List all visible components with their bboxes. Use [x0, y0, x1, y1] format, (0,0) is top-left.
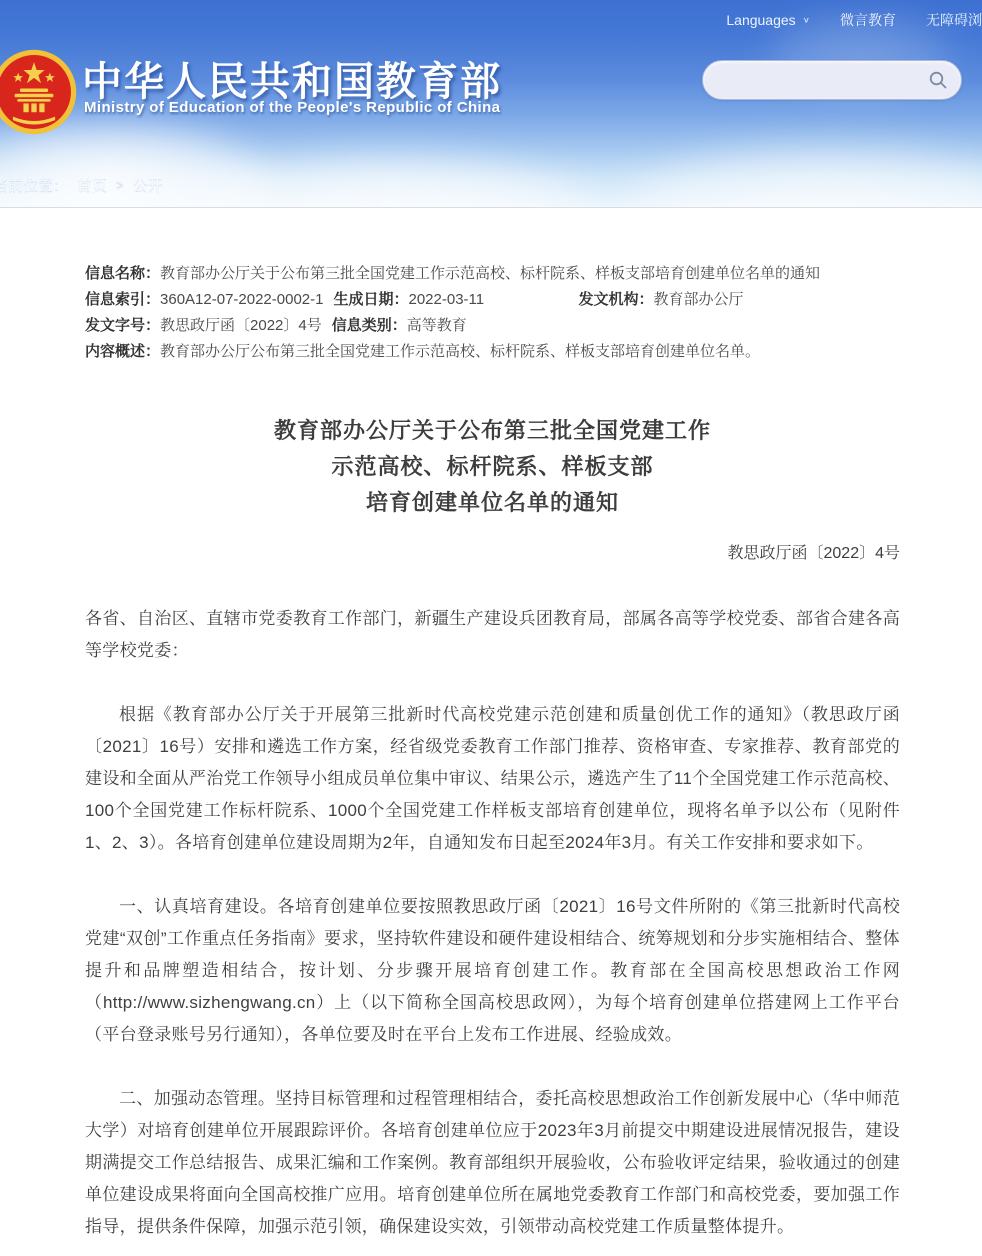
document-number: 教思政厅函〔2022〕4号: [85, 541, 900, 567]
meta-row-summary: 内容概述： 教育部办公厅公布第三批全国党建工作示范高校、标杆院系、样板支部培育创…: [85, 339, 900, 365]
meta-row-docno: 发文字号： 教思政厅函〔2022〕4号 信息类别： 高等教育: [85, 313, 900, 339]
search-button[interactable]: [925, 67, 951, 93]
site-header: Languages ∨ 微言教育 无障碍浏览 中华人民共和国教育部 Minist…: [0, 0, 982, 208]
breadcrumb-section-link[interactable]: 公开: [133, 174, 163, 195]
cloud-decoration: [620, 140, 982, 208]
topbar: Languages ∨ 微言教育 无障碍浏览: [726, 10, 982, 30]
meta-row-index: 信息索引： 360A12-07-2022-0002-1 生成日期： 2022-0…: [85, 287, 900, 313]
document-title: 教育部办公厅关于公布第三批全国党建工作 示范高校、标杆院系、样板支部 培育创建单…: [85, 413, 900, 521]
meta-row-name: 信息名称： 教育部办公厅关于公布第三批全国党建工作示范高校、标杆院系、样板支部培…: [85, 261, 900, 287]
search-icon: [928, 70, 948, 90]
meta-summary-value: 教育部办公厅公布第三批全国党建工作示范高校、标杆院系、样板支部培育创建单位名单。: [160, 339, 760, 365]
chevron-down-icon: ∨: [803, 16, 810, 25]
document-paragraph: 二、加强动态管理。坚持目标管理和过程管理相结合，委托高校思想政治工作创新发展中心…: [85, 1083, 900, 1243]
topbar-link-weiyan[interactable]: 微言教育: [840, 10, 896, 30]
meta-index-label: 信息索引：: [85, 287, 160, 313]
meta-date-label: 生成日期：: [333, 287, 408, 313]
national-emblem-icon: [0, 46, 78, 138]
meta-name-label: 信息名称：: [85, 261, 160, 287]
meta-agency-value: 教育部办公厅: [654, 287, 744, 313]
topbar-link-accessibility[interactable]: 无障碍浏览: [926, 10, 982, 30]
meta-index-value: 360A12-07-2022-0002-1: [160, 287, 323, 313]
meta-date-value: 2022-03-11: [409, 287, 485, 313]
meta-agency-label: 发文机构：: [578, 287, 653, 313]
breadcrumb-label: 当前位置：: [0, 174, 68, 195]
document-paragraph: 根据《教育部办公厅关于开展第三批新时代高校党建示范创建和质量创优工作的通知》（教…: [85, 699, 900, 859]
meta-name-value: 教育部办公厅关于公布第三批全国党建工作示范高校、标杆院系、样板支部培育创建单位名…: [160, 261, 820, 287]
document-title-line: 教育部办公厅关于公布第三批全国党建工作: [85, 413, 900, 449]
breadcrumb: 当前位置： 首页 > 公开: [0, 174, 163, 195]
document-title-line: 培育创建单位名单的通知: [85, 485, 900, 521]
breadcrumb-separator: >: [116, 177, 124, 192]
search-input[interactable]: [719, 61, 925, 99]
breadcrumb-home-link[interactable]: 首页: [77, 174, 107, 195]
meta-category-label: 信息类别：: [332, 313, 407, 339]
document-paragraph: 一、认真培育建设。各培育创建单位要按照教思政厅函〔2021〕16号文件所附的《第…: [85, 891, 900, 1051]
meta-category-value: 高等教育: [407, 313, 467, 339]
languages-label: Languages: [726, 12, 795, 28]
document-page: 信息名称： 教育部办公厅关于公布第三批全国党建工作示范高校、标杆院系、样板支部培…: [0, 208, 982, 1243]
search-bar: [702, 60, 962, 100]
document-body: 各省、自治区、直辖市党委教育工作部门，新疆生产建设兵团教育局，部属各高等学校党委…: [85, 603, 900, 1243]
meta-docno-value: 教思政厅函〔2022〕4号: [160, 313, 322, 339]
site-subtitle: Ministry of Education of the People's Re…: [84, 99, 500, 116]
document-paragraph-salutation: 各省、自治区、直辖市党委教育工作部门，新疆生产建设兵团教育局，部属各高等学校党委…: [85, 603, 900, 667]
meta-docno-label: 发文字号：: [85, 313, 160, 339]
languages-menu[interactable]: Languages ∨: [726, 12, 810, 28]
meta-summary-label: 内容概述：: [85, 339, 160, 365]
document-title-line: 示范高校、标杆院系、样板支部: [85, 449, 900, 485]
document-meta-table: 信息名称： 教育部办公厅关于公布第三批全国党建工作示范高校、标杆院系、样板支部培…: [85, 261, 900, 365]
